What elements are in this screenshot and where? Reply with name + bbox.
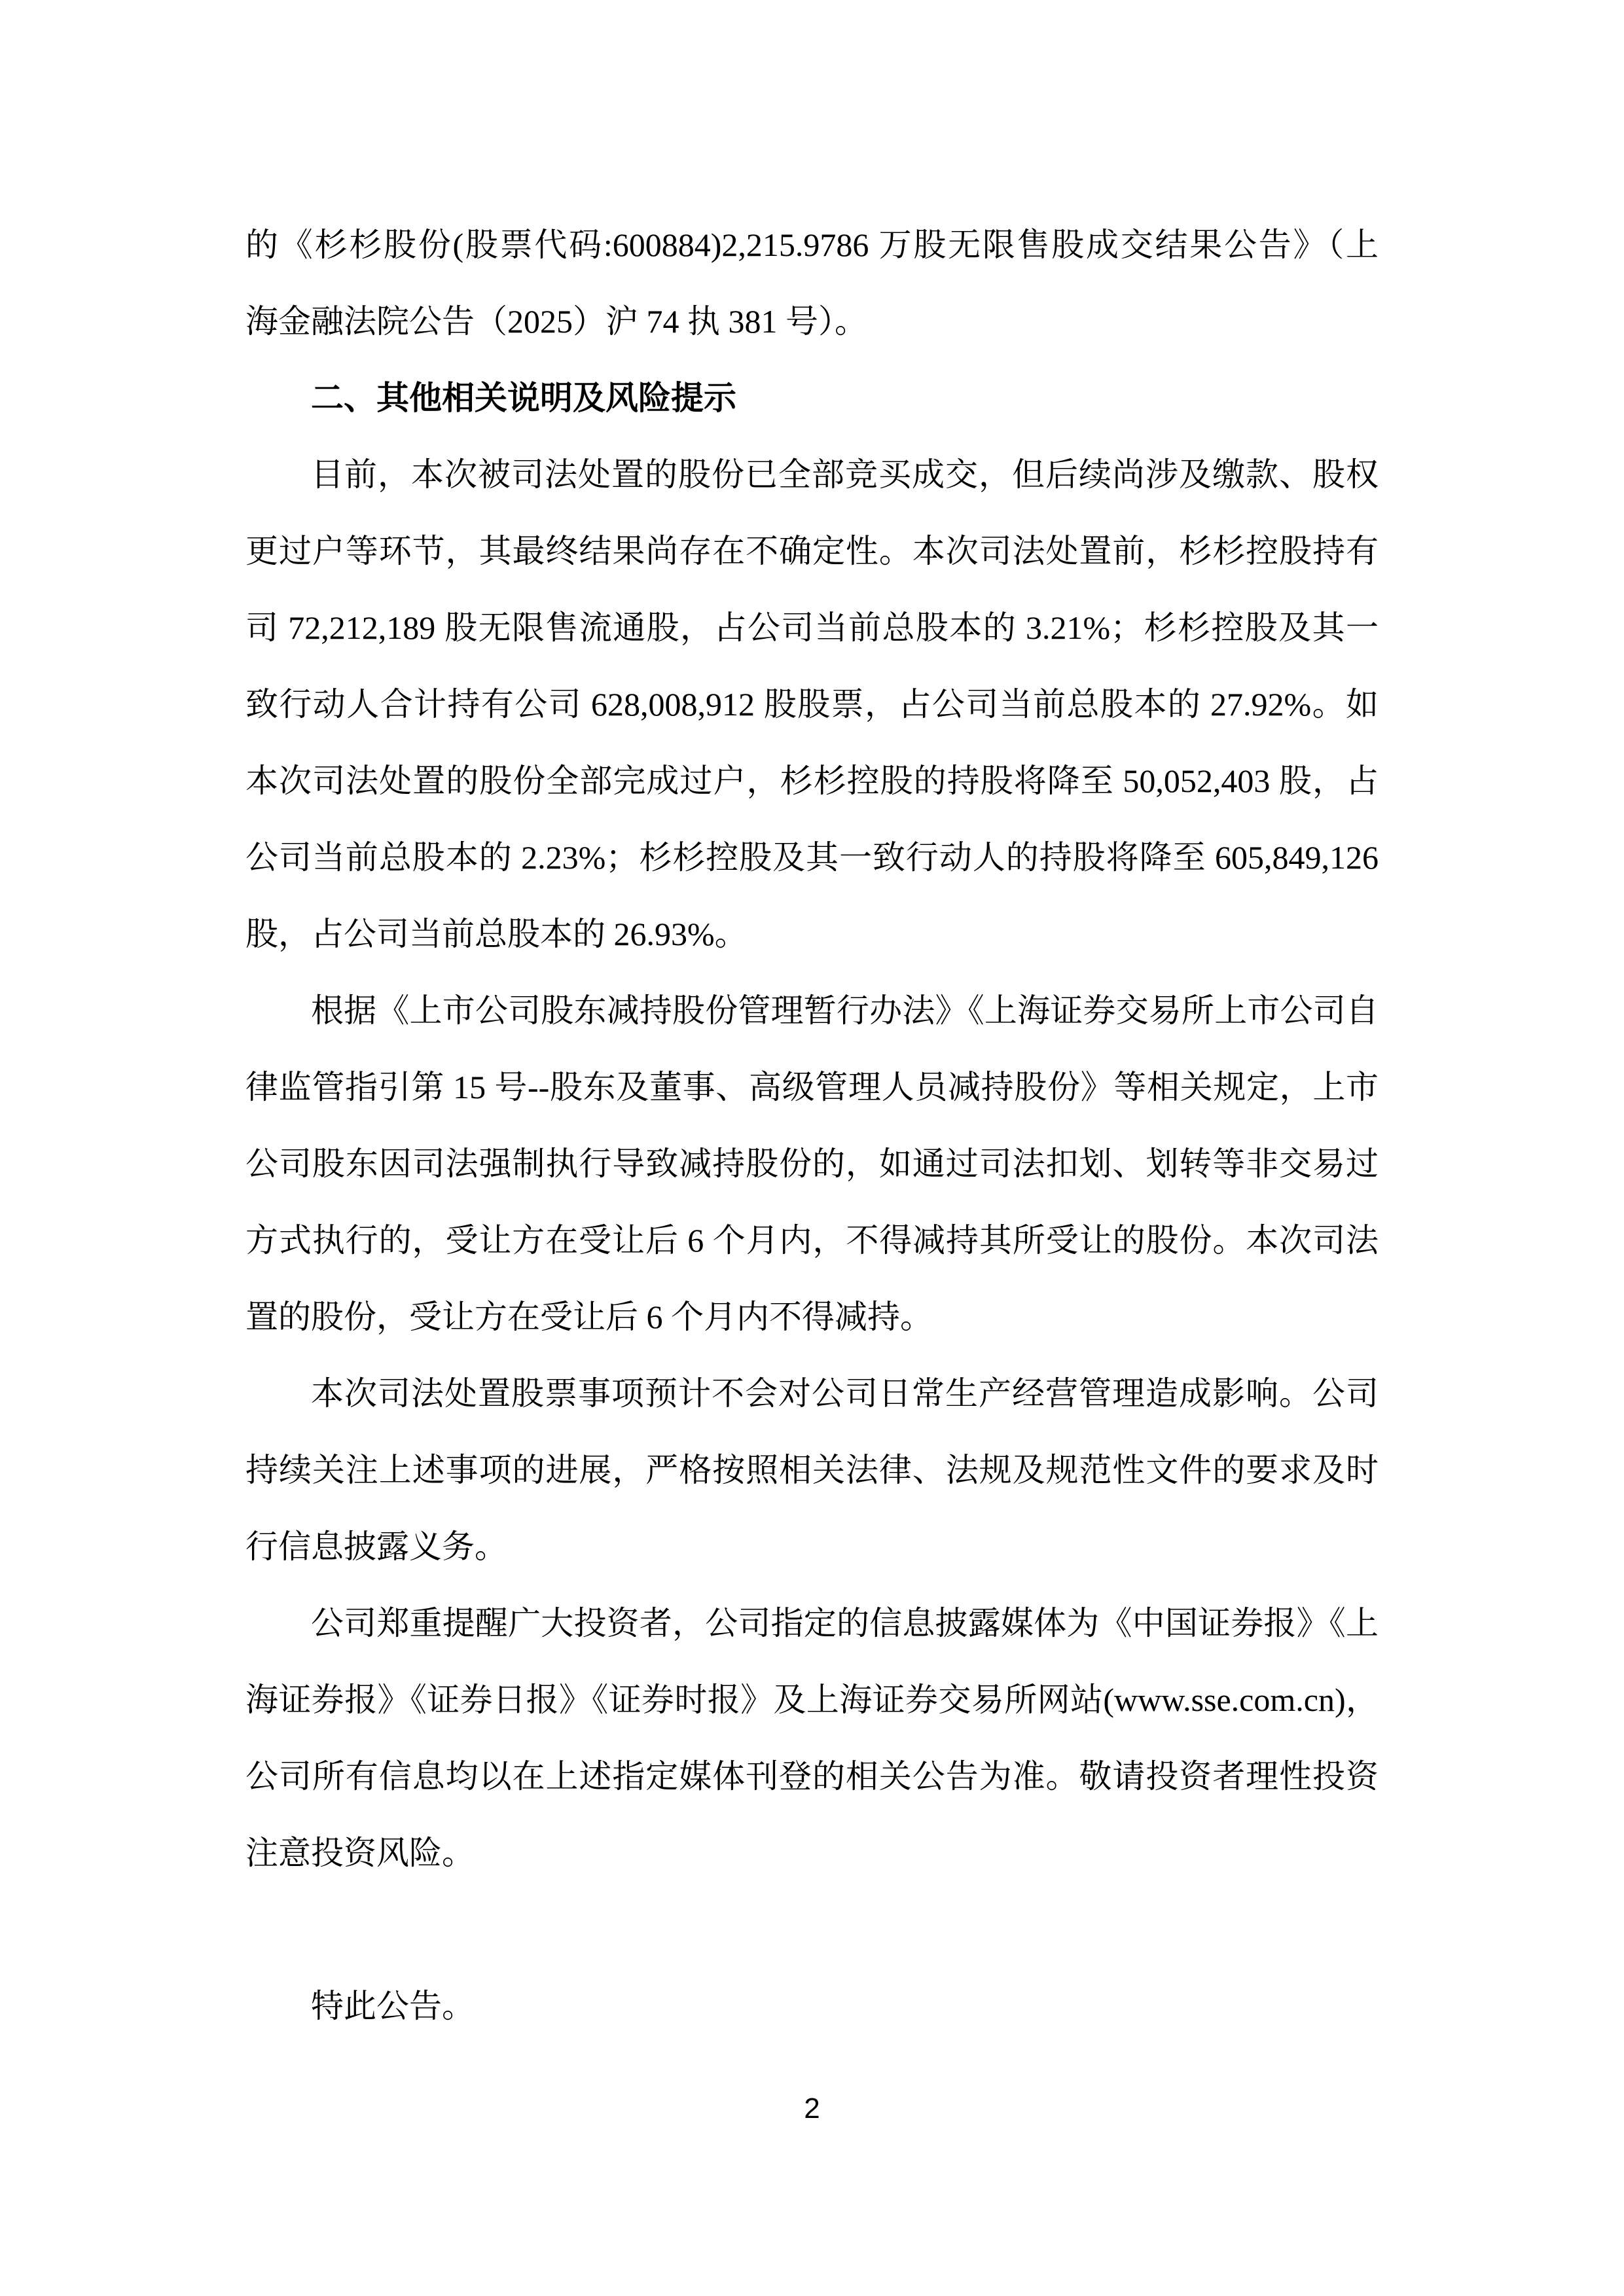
text-line: 致行动人合计持有公司 628,008,912 股股票，占公司当前总股本的 27.…: [245, 666, 1379, 743]
closing-statement: 特此公告。: [245, 1968, 1379, 2045]
text-line: 公司所有信息均以在上述指定媒体刊登的相关公告为准。敬请投资者理性投资并: [245, 1738, 1379, 1815]
text-line: 公司当前总股本的 2.23%；杉杉控股及其一致行动人的持股将降至 605,849…: [245, 819, 1379, 896]
document-page: 的《杉杉股份(股票代码:600884)2,215.9786 万股无限售股成交结果…: [0, 0, 1624, 2296]
page-content: 的《杉杉股份(股票代码:600884)2,215.9786 万股无限售股成交结果…: [245, 207, 1379, 2045]
text-line: 公司郑重提醒广大投资者，公司指定的信息披露媒体为《中国证券报》《上: [245, 1585, 1379, 1662]
text-line: 方式执行的，受让方在受让后 6 个月内，不得减持其所受让的股份。本次司法处: [245, 1202, 1379, 1279]
text-line: 置的股份，受让方在受让后 6 个月内不得减持。: [245, 1279, 1379, 1355]
section-heading: 二、其他相关说明及风险提示: [245, 360, 1379, 437]
text-line: 更过户等环节，其最终结果尚存在不确定性。本次司法处置前，杉杉控股持有公: [245, 513, 1379, 590]
text-line: 注意投资风险。: [245, 1815, 1379, 1892]
text-line: 的《杉杉股份(股票代码:600884)2,215.9786 万股无限售股成交结果…: [245, 207, 1379, 283]
text-line: 海金融法院公告（2025）沪 74 执 381 号）。: [245, 283, 1379, 360]
text-line: 行信息披露义务。: [245, 1509, 1379, 1585]
page-number: 2: [0, 2092, 1624, 2126]
text-line: 股，占公司当前总股本的 26.93%。: [245, 896, 1379, 973]
text-line: 海证券报》《证券日报》《证券时报》及上海证券交易所网站(www.sse.com.…: [245, 1662, 1379, 1738]
text-line: 本次司法处置股票事项预计不会对公司日常生产经营管理造成影响。公司将: [245, 1355, 1379, 1432]
text-line: 律监管指引第 15 号--股东及董事、高级管理人员减持股份》等相关规定，上市: [245, 1049, 1379, 1126]
text-line: 目前，本次被司法处置的股份已全部竞买成交，但后续尚涉及缴款、股权变: [245, 437, 1379, 513]
text-line: 本次司法处置的股份全部完成过户，杉杉控股的持股将降至 50,052,403 股，…: [245, 743, 1379, 819]
text-line: 持续关注上述事项的进展，严格按照相关法律、法规及规范性文件的要求及时履: [245, 1432, 1379, 1509]
text-line: 公司股东因司法强制执行导致减持股份的，如通过司法扣划、划转等非交易过户: [245, 1126, 1379, 1202]
text-line: 司 72,212,189 股无限售流通股，占公司当前总股本的 3.21%；杉杉控…: [245, 590, 1379, 666]
text-line: 根据《上市公司股东减持股份管理暂行办法》《上海证券交易所上市公司自: [245, 973, 1379, 1049]
